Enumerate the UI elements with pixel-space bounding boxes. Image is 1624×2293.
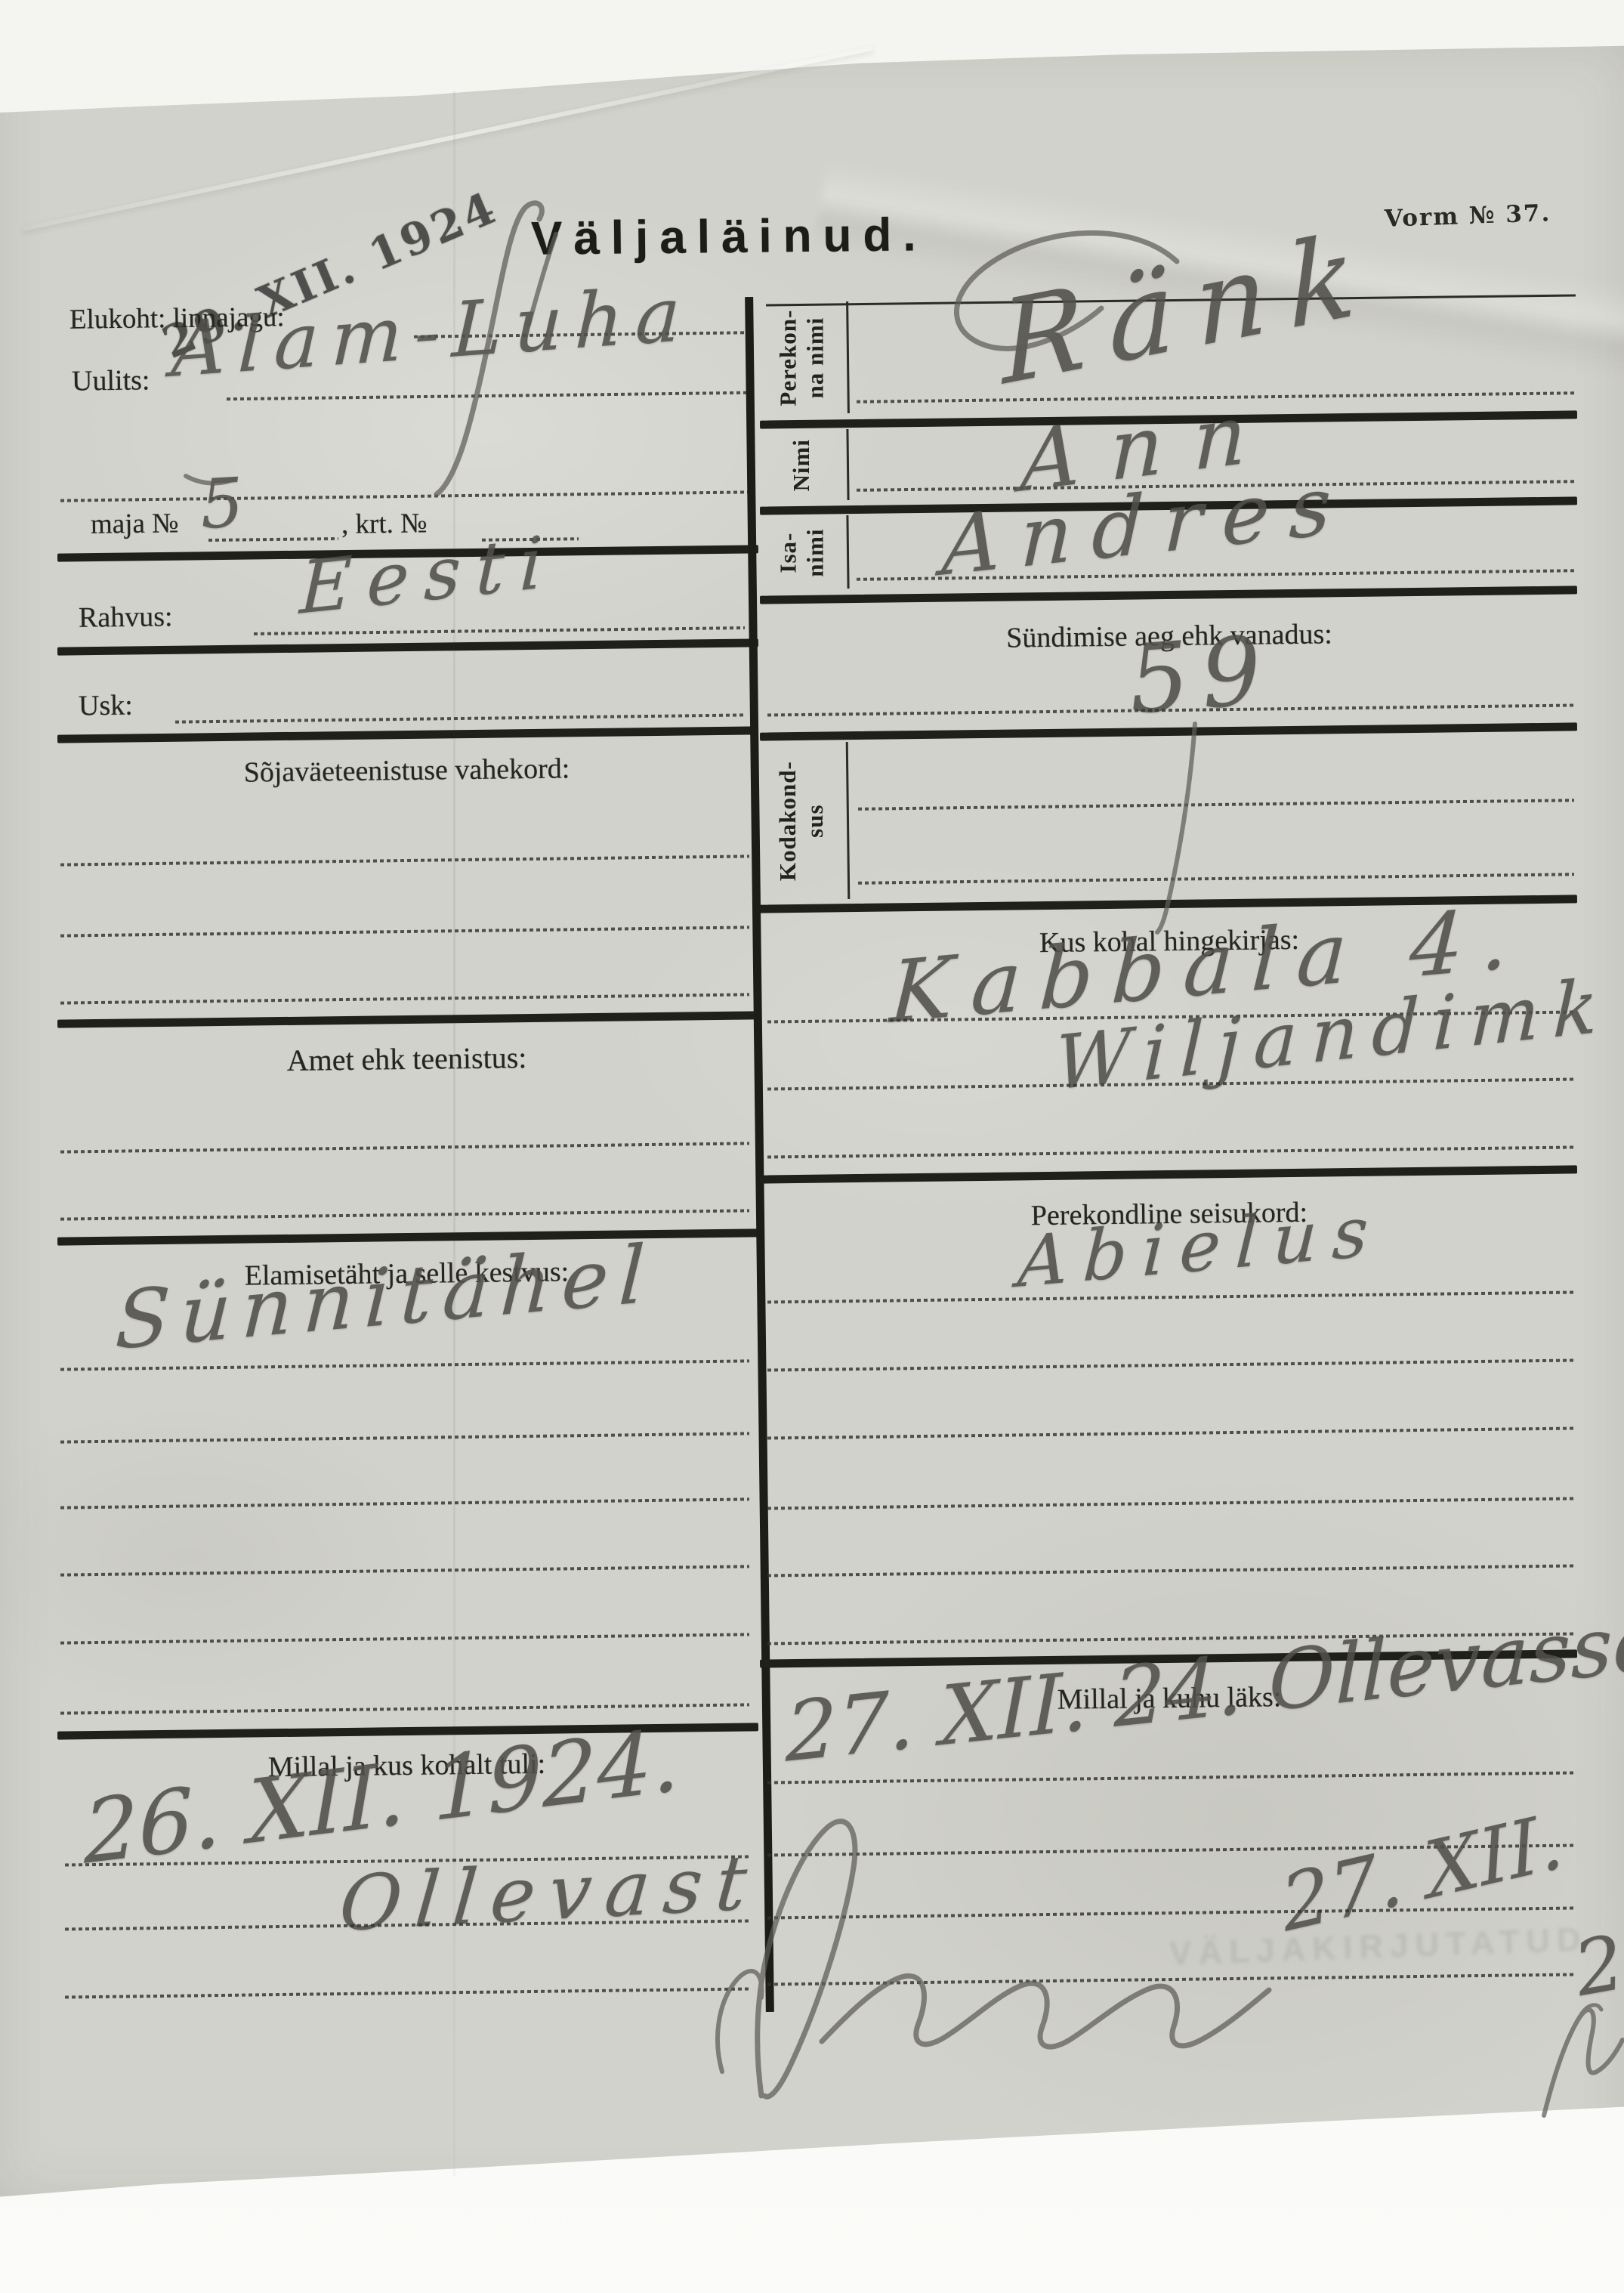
vertical-label-kodakondsus: Kodakond-sus [755,740,846,901]
vertical-label-isanimi: Isa-nimi [757,515,846,590]
vertical-label-nimi: Nimi [757,429,846,501]
handwritten-age: 59 [1125,616,1277,735]
field-label-rahvus: Rahvus: [79,600,173,635]
scanned-registration-form: { "page": { "title": "Väljaläinud.", "fo… [0,0,1624,2293]
field-label-uulits: Uulits: [72,363,150,397]
field-label-usk: Usk: [79,689,133,723]
vertical-label-perekonnanimi: Perekon-na nimi [757,301,846,415]
form-number: Vorm № 37. [1384,199,1551,233]
handwritten-house-number: 5 [199,463,246,545]
form-title: Väljaläinud. [531,208,928,265]
field-label-maja: maja № [91,507,179,540]
